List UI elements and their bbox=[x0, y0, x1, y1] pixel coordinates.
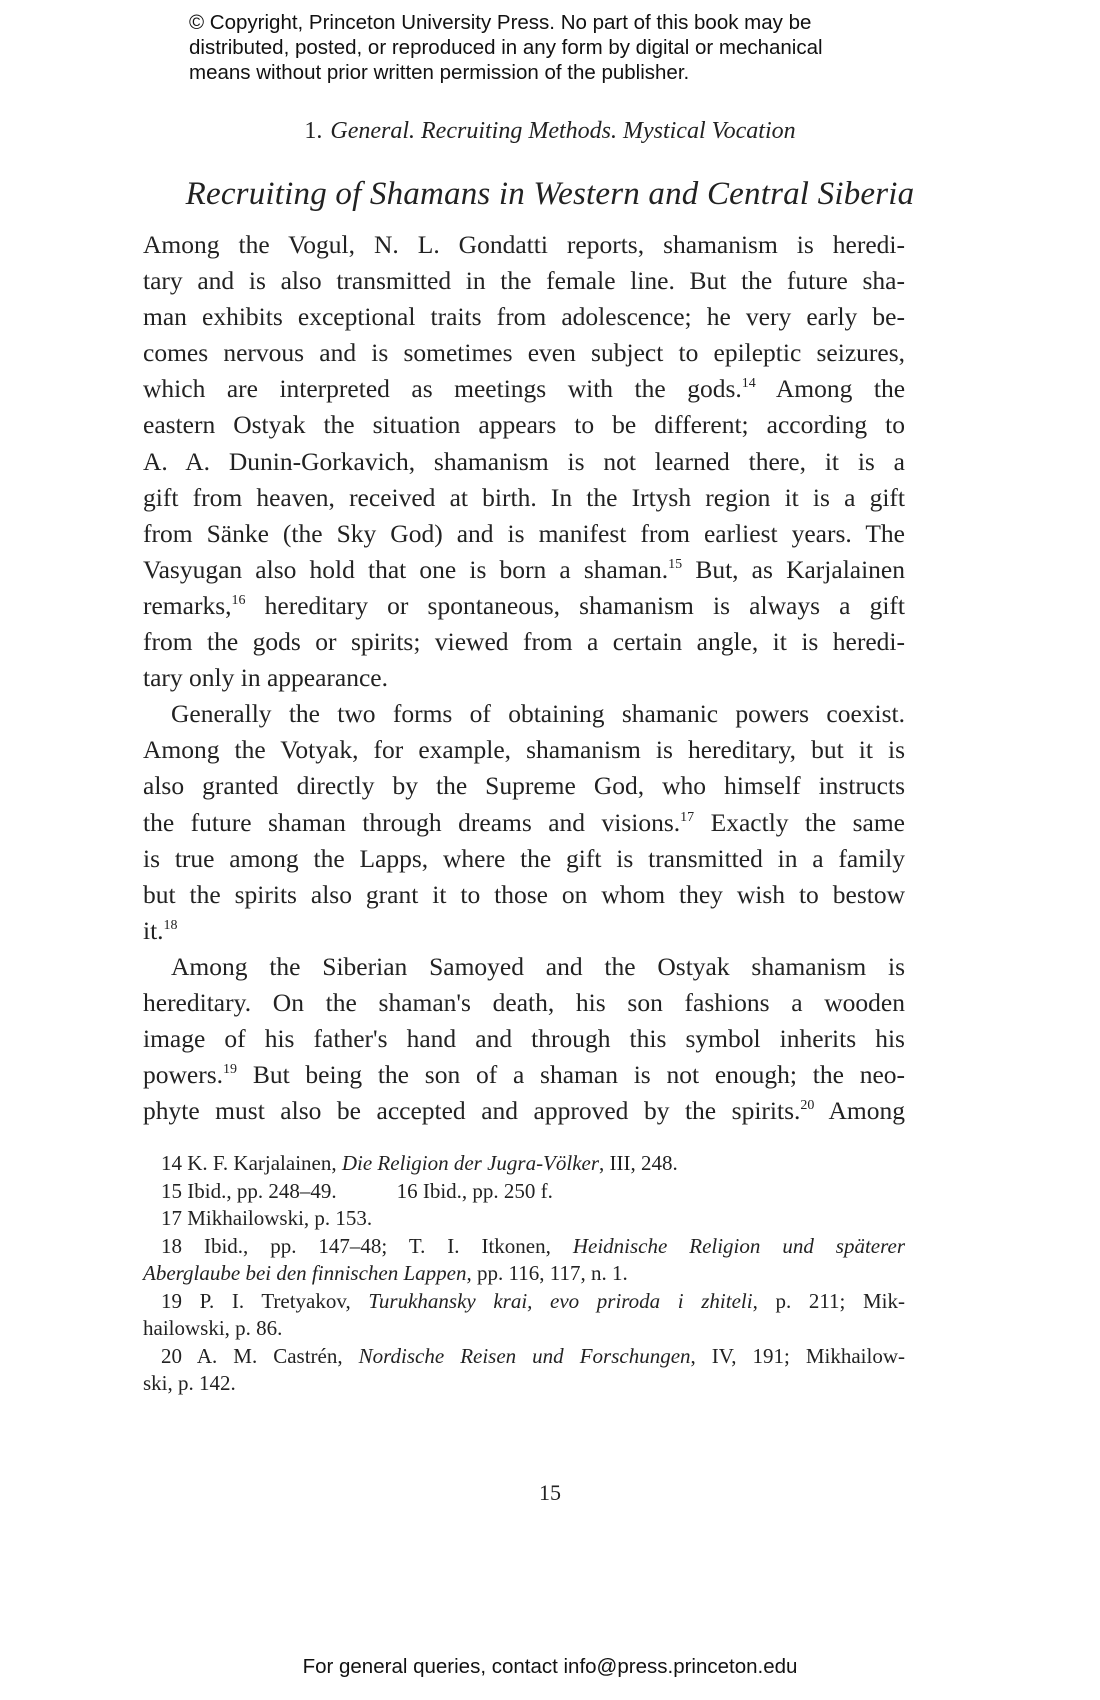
text-line: Among the Votyak, for example, shamanism… bbox=[143, 732, 905, 768]
footnote-ref[interactable]: 20 bbox=[800, 1098, 814, 1113]
footnotes: 14 K. F. Karjalainen, Die Religion der J… bbox=[143, 1150, 905, 1398]
text-line: Among the Vogul, N. L. Gondatti reports,… bbox=[143, 227, 905, 263]
copyright-line: distributed, posted, or reproduced in an… bbox=[189, 35, 909, 60]
text-line: the future shaman through dreams and vis… bbox=[143, 805, 905, 841]
text-line: remarks,16 hereditary or spontaneous, sh… bbox=[143, 588, 905, 624]
footnote-19-cont: hailowski, p. 86. bbox=[143, 1315, 905, 1343]
text-line: from the gods or spirits; viewed from a … bbox=[143, 624, 905, 660]
text-line: A. A. Dunin-Gorkavich, shamanism is not … bbox=[143, 444, 905, 480]
footnote-18: 18 Ibid., pp. 147–48; T. I. Itkonen, Hei… bbox=[143, 1233, 905, 1261]
text-line: but the spirits also grant it to those o… bbox=[143, 877, 905, 913]
text-line: tary only in appearance. bbox=[143, 660, 905, 696]
body-text: Among the Vogul, N. L. Gondatti reports,… bbox=[143, 227, 905, 1129]
text-line: tary and is also transmitted in the fema… bbox=[143, 263, 905, 299]
copyright-notice: © Copyright, Princeton University Press.… bbox=[189, 10, 909, 85]
footnote-ref[interactable]: 16 bbox=[232, 593, 246, 608]
chapter-title: General. Recruiting Methods. Mystical Vo… bbox=[330, 118, 795, 144]
footnote-ref[interactable]: 19 bbox=[223, 1062, 237, 1077]
footnote-14: 14 K. F. Karjalainen, Die Religion der J… bbox=[143, 1150, 905, 1178]
text-line: image of his father's hand and through t… bbox=[143, 1021, 905, 1057]
text-line: which are interpreted as meetings with t… bbox=[143, 371, 905, 407]
text-line: also granted directly by the Supreme God… bbox=[143, 768, 905, 804]
chapter-number: 1. bbox=[304, 118, 322, 144]
footnote-number: 17 bbox=[161, 1206, 182, 1230]
text-line: man exhibits exceptional traits from ado… bbox=[143, 299, 905, 335]
text-line: comes nervous and is sometimes even subj… bbox=[143, 335, 905, 371]
footnote-number: 15 bbox=[161, 1179, 182, 1203]
copyright-line: © Copyright, Princeton University Press.… bbox=[189, 10, 909, 35]
footer-contact: For general queries, contact info@press.… bbox=[0, 1655, 1100, 1679]
text-line: is true among the Lapps, where the gift … bbox=[143, 841, 905, 877]
text-line: it.18 bbox=[143, 913, 905, 949]
footnote-ref[interactable]: 18 bbox=[164, 918, 178, 933]
footnote-number: 18 bbox=[161, 1234, 182, 1258]
footnote-number: 14 bbox=[161, 1151, 182, 1175]
footnote-ref[interactable]: 17 bbox=[680, 810, 694, 825]
footnote-number: 20 bbox=[161, 1344, 182, 1368]
section-title: Recruiting of Shamans in Western and Cen… bbox=[0, 176, 1100, 213]
footnote-20-cont: ski, p. 142. bbox=[143, 1370, 905, 1398]
copyright-line: means without prior written permission o… bbox=[189, 60, 909, 85]
running-head: 1.General. Recruiting Methods. Mystical … bbox=[0, 118, 1100, 145]
footnote-15-16: 15 Ibid., pp. 248–49.16 Ibid., pp. 250 f… bbox=[143, 1178, 905, 1206]
text-line: Generally the two forms of obtaining sha… bbox=[143, 696, 905, 732]
footnote-19: 19 P. I. Tretyakov, Turukhansky krai, ev… bbox=[143, 1288, 905, 1316]
text-line: powers.19 But being the son of a shaman … bbox=[143, 1057, 905, 1093]
text-line: gift from heaven, received at birth. In … bbox=[143, 480, 905, 516]
footnote-number: 16 bbox=[397, 1179, 418, 1203]
text-line: from Sänke (the Sky God) and is manifest… bbox=[143, 516, 905, 552]
footnote-ref[interactable]: 15 bbox=[668, 557, 682, 572]
page-number: 15 bbox=[0, 1480, 1100, 1506]
footnote-ref[interactable]: 14 bbox=[742, 376, 756, 391]
footnote-number: 19 bbox=[161, 1289, 182, 1313]
text-line: hereditary. On the shaman's death, his s… bbox=[143, 985, 905, 1021]
text-line: phyte must also be accepted and approved… bbox=[143, 1093, 905, 1129]
footnote-17: 17 Mikhailowski, p. 153. bbox=[143, 1205, 905, 1233]
text-line: Among the Siberian Samoyed and the Ostya… bbox=[143, 949, 905, 985]
text-line: Vasyugan also hold that one is born a sh… bbox=[143, 552, 905, 588]
footnote-18-cont: Aberglaube bei den finnischen Lappen, pp… bbox=[143, 1260, 905, 1288]
footnote-20: 20 A. M. Castrén, Nordische Reisen und F… bbox=[143, 1343, 905, 1371]
text-line: eastern Ostyak the situation appears to … bbox=[143, 407, 905, 443]
